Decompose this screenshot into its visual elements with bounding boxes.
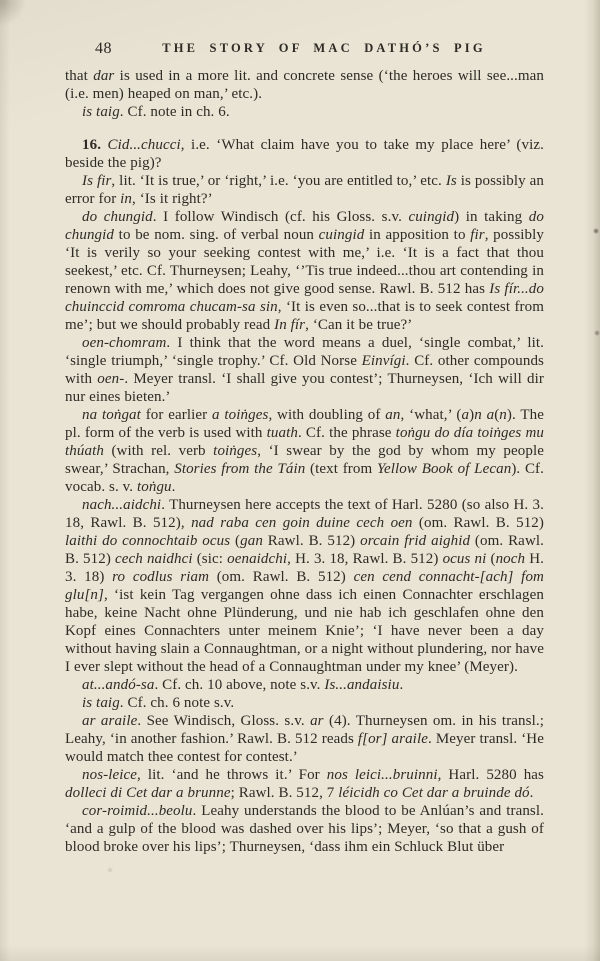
- body-text-run: that: [65, 68, 93, 84]
- cited-term: n: [499, 407, 507, 423]
- cited-term: Is: [446, 173, 457, 189]
- cited-term: In fír: [274, 317, 305, 333]
- body-text-run: , ‘Can it be true?’: [305, 317, 412, 333]
- cited-term: cor-roimid...beolu: [82, 803, 193, 819]
- cited-term: nos-leice: [82, 767, 137, 783]
- cited-term: léicidh co Cet dar a bruinde dó: [338, 785, 529, 801]
- cited-term: nos leici...bruinni: [327, 767, 438, 783]
- paragraph: ar araile. See Windisch, Gloss. s.v. ar …: [65, 712, 544, 766]
- paragraph: Is fir, lit. ‘It is true,’ or ‘right,’ i…: [65, 172, 544, 208]
- paragraph: at...andó-sa. Cf. ch. 10 above, note s.v…: [65, 676, 544, 694]
- cited-term: noch: [496, 551, 526, 567]
- cited-term: oenaidchi: [227, 551, 287, 567]
- paragraph: is taig. Cf. note in ch. 6.: [65, 103, 544, 121]
- body-text-run: to be nom. sing. of verbal noun: [114, 227, 319, 243]
- body-text-run: , ‘ist kein Tag vergangen ohne dass ich …: [65, 587, 544, 675]
- cited-term: f[or] araile: [358, 731, 428, 747]
- body-text-run: , ‘what,’ (: [400, 407, 461, 423]
- cited-term: dar: [93, 68, 114, 84]
- cited-term: cech naidhci: [115, 551, 193, 567]
- cited-term: fir: [470, 227, 484, 243]
- paragraph: oen-chomram. I think that the word means…: [65, 334, 544, 406]
- paragraph: nach...aidchi. Thurneysen here accepts t…: [65, 496, 544, 676]
- cited-term: do chungid: [82, 209, 153, 225]
- body-text-run: (: [486, 551, 495, 567]
- cited-term: gan: [240, 533, 263, 549]
- body-text-run: in apposition to: [364, 227, 470, 243]
- cited-term: cuingid: [319, 227, 365, 243]
- body-text-run: (: [230, 533, 240, 549]
- body-text-run: . Cf. ch. 6 note s.v.: [120, 695, 234, 711]
- body-text-run: (with rel. verb: [104, 443, 213, 459]
- cited-term: laithi do connochtaib ocus: [65, 533, 230, 549]
- body-text-run: , with doubling of: [268, 407, 385, 423]
- cited-term: Stories from the Táin: [174, 461, 305, 477]
- cited-term: Einvígi: [362, 353, 406, 369]
- body-text-run: ; Rawl. B. 512, 7: [231, 785, 339, 801]
- cited-term: ar araile: [82, 713, 137, 729]
- cited-term: nach...aidchi: [82, 497, 161, 513]
- body-text-run: , lit. ‘and he throws it.’ For: [137, 767, 327, 783]
- running-title: THE STORY OF MAC DATHÓ’S PIG: [105, 41, 543, 56]
- body-text-run: , H. 3. 18, Rawl. B. 512): [287, 551, 442, 567]
- paragraph: that dar is used in a more lit. and conc…: [65, 67, 544, 103]
- cited-term: Is fir: [82, 173, 111, 189]
- body-text-run: . See Windisch, Gloss. s.v.: [137, 713, 310, 729]
- body-text-run: 16.: [82, 137, 108, 153]
- cited-term: cuingid: [408, 209, 454, 225]
- cited-term: Yellow Book of Lecan: [377, 461, 511, 477]
- cited-term: oen-chomram: [82, 335, 166, 351]
- cited-term: a: [461, 407, 469, 423]
- body-text-run: .: [530, 785, 534, 801]
- cited-term: ocus ni: [443, 551, 487, 567]
- body-text-run: (om. Rawl. B. 512): [413, 515, 544, 531]
- cited-term: n: [474, 407, 482, 423]
- paragraph: cor-roimid...beolu. Leahy understands th…: [65, 802, 544, 856]
- body-text-run: . Cf. note in ch. 6.: [120, 104, 230, 120]
- book-page: 48 THE STORY OF MAC DATHÓ’S PIG that dar…: [0, 0, 600, 961]
- cited-term: toiṅges: [213, 443, 257, 459]
- paragraph: 16. Cid...chucci, i.e. ‘What claim have …: [65, 136, 544, 172]
- paragraph: do chungid. I follow Windisch (cf. his G…: [65, 208, 544, 334]
- page-text: that dar is used in a more lit. and conc…: [65, 67, 544, 856]
- body-text-run: (om. Rawl. B. 512): [209, 569, 354, 585]
- cited-term: tuath: [267, 425, 298, 441]
- cited-term: Cid...chucci: [108, 137, 181, 153]
- paragraph: nos-leice, lit. ‘and he throws it.’ For …: [65, 766, 544, 802]
- cited-term: oen-: [97, 371, 124, 387]
- paragraph: is taig. Cf. ch. 6 note s.v.: [65, 694, 544, 712]
- body-text-run: , lit. ‘It is true,’ or ‘right,’ i.e. ‘y…: [111, 173, 445, 189]
- cited-term: is taig: [82, 695, 120, 711]
- cited-term: na toṅgat: [82, 407, 141, 423]
- cited-term: ar: [310, 713, 324, 729]
- cited-term: a toiṅges: [212, 407, 268, 423]
- body-text-run: .: [399, 677, 403, 693]
- body-text-run: (sic:: [193, 551, 227, 567]
- body-text-run: (text from: [305, 461, 377, 477]
- cited-term: ro codlus riam: [112, 569, 209, 585]
- cited-term: at...andó-sa: [82, 677, 154, 693]
- cited-term: an: [385, 407, 400, 423]
- body-text-run: for earlier: [141, 407, 212, 423]
- body-text-run: , Harl. 5280 has: [438, 767, 544, 783]
- body-text-run: is used in a more lit. and concrete sens…: [65, 68, 544, 102]
- body-text-run: . Cf. ch. 10 above, note s.v.: [154, 677, 324, 693]
- cited-term: in: [120, 191, 132, 207]
- cited-term: toṅgu: [137, 479, 172, 495]
- body-text-run: , ‘Is it right?’: [132, 191, 213, 207]
- page-header: 48 THE STORY OF MAC DATHÓ’S PIG: [65, 41, 543, 59]
- cited-term: dolleci di Cet dar a brunne: [65, 785, 231, 801]
- body-text-run: . Meyer transl. ‘I shall give you contes…: [65, 371, 544, 405]
- body-text-run: . I follow Windisch (cf. his Gloss. s.v.: [153, 209, 409, 225]
- body-text-run: .: [172, 479, 176, 495]
- cited-term: orcain frid aighid: [360, 533, 470, 549]
- body-text-run: Rawl. B. 512): [263, 533, 360, 549]
- cited-term: is taig: [82, 104, 120, 120]
- cited-term: nad raba cen goin duine cech oen: [191, 515, 412, 531]
- body-text-run: . Cf. the phrase: [298, 425, 396, 441]
- paragraph: na toṅgat for earlier a toiṅges, with do…: [65, 406, 544, 496]
- body-text-run: ) in taking: [454, 209, 529, 225]
- cited-term: Is...andaisiu: [324, 677, 399, 693]
